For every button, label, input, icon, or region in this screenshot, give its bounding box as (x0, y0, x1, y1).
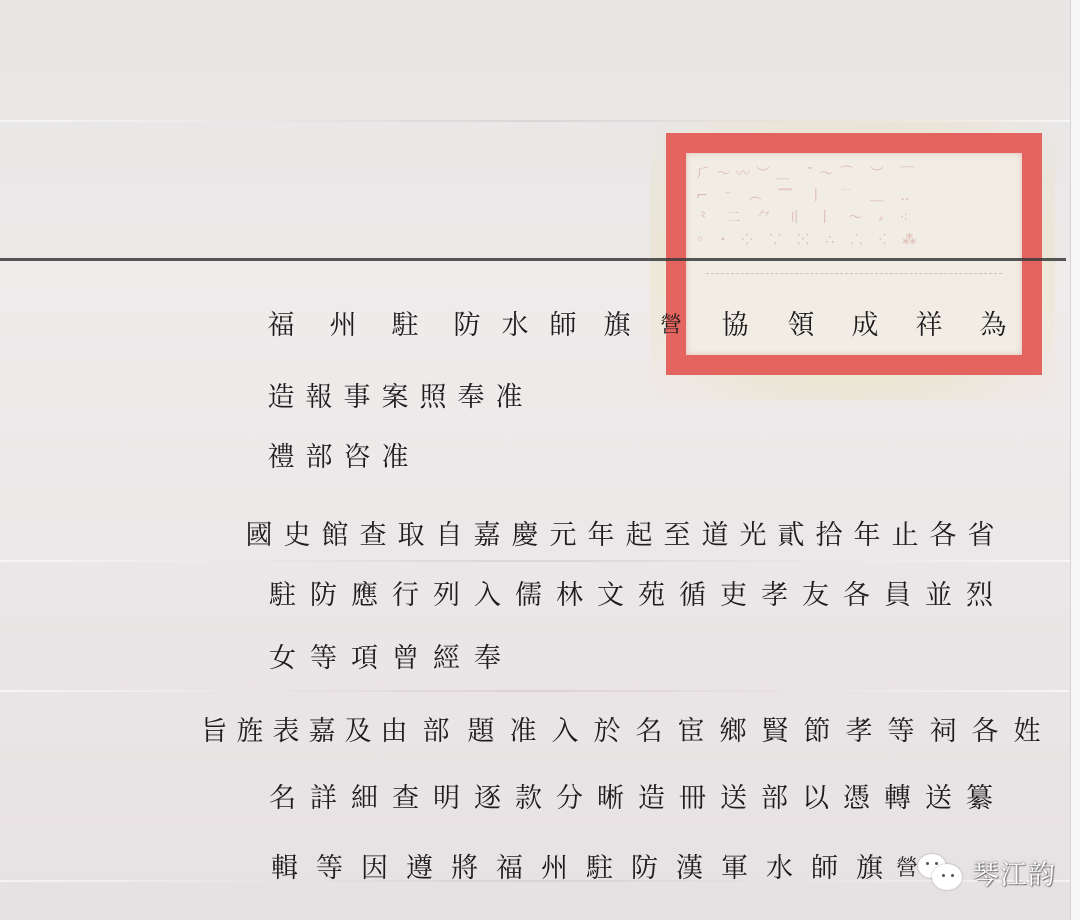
char: 省 (962, 522, 1000, 549)
char: 款 (508, 785, 549, 812)
char: 逐 (467, 785, 508, 812)
char: 分 (549, 785, 590, 812)
char: 題 (460, 718, 502, 745)
char: 事 (338, 384, 376, 411)
char: 鄉 (712, 718, 754, 745)
text-row-1: 福 州 駐 防 水 師 旗 營 協 領 成 祥 為 (262, 312, 1012, 339)
char: 成 (846, 312, 884, 339)
char: 防 (303, 582, 344, 609)
char: 轉 (877, 785, 918, 812)
char: 州 (324, 312, 362, 339)
char: 福 (262, 312, 300, 339)
char: 照 (414, 384, 452, 411)
char: 名 (628, 718, 670, 745)
char: 水 (496, 312, 534, 339)
char: 表 (268, 718, 304, 745)
char: 送 (713, 785, 754, 812)
char: 列 (426, 582, 467, 609)
char: 林 (549, 582, 590, 609)
char: 至 (658, 522, 696, 549)
char: 師 (544, 312, 582, 339)
char: 水 (757, 855, 802, 882)
char: 嘉 (304, 718, 340, 745)
char: 軍 (712, 855, 757, 882)
char: 領 (782, 312, 820, 339)
char: 各 (836, 582, 877, 609)
char: 憑 (836, 785, 877, 812)
text-row-5: 駐 防 應 行 列 入 儒 林 文 苑 循 吏 孝 友 各 員 並 烈 (262, 582, 1000, 609)
text-row-9: 輯 等 因 遵 將 福 州 駐 防 漢 軍 水 師 旗 營 (262, 855, 922, 882)
char: 史 (278, 522, 316, 549)
char: 纂 (959, 785, 1000, 812)
char: 部 (754, 785, 795, 812)
char: 輯 (262, 855, 307, 882)
char: 取 (392, 522, 430, 549)
char: 等 (307, 855, 352, 882)
char: 元 (544, 522, 582, 549)
char: 宦 (670, 718, 712, 745)
char: 駐 (262, 582, 303, 609)
char: 應 (344, 582, 385, 609)
char: 嘉 (468, 522, 506, 549)
char: 名 (262, 785, 303, 812)
char: 部 (412, 718, 460, 745)
text-row-3: 禮 部 咨 准 (262, 444, 414, 471)
char: 咨 (338, 444, 376, 471)
char: 奉 (467, 645, 508, 672)
char: 儒 (508, 582, 549, 609)
char: 禮 (262, 444, 300, 471)
char: 准 (490, 384, 528, 411)
char: 館 (316, 522, 354, 549)
char: 協 (716, 312, 754, 339)
text-row-7: 旨 旌 表 嘉 及 由 部 題 准 入 於 名 宦 鄉 賢 節 孝 等 祠 各 … (196, 718, 1048, 745)
char: 細 (344, 785, 385, 812)
char: 晰 (590, 785, 631, 812)
char: 各 (924, 522, 962, 549)
char: 准 (376, 444, 414, 471)
char: 報 (300, 384, 338, 411)
char: 等 (303, 645, 344, 672)
char: 及 (340, 718, 376, 745)
char: 並 (918, 582, 959, 609)
watermark: 琴江韵 (918, 852, 1056, 892)
char: 為 (974, 312, 1012, 339)
char: 慶 (506, 522, 544, 549)
char: 孝 (754, 582, 795, 609)
char: 旗 (847, 855, 892, 882)
char: 女 (262, 645, 303, 672)
watermark-text: 琴江韵 (972, 853, 1056, 892)
char: 曾 (385, 645, 426, 672)
char: 造 (631, 785, 672, 812)
char: 國 (240, 522, 278, 549)
char: 駐 (386, 312, 424, 339)
char: 吏 (713, 582, 754, 609)
char: 年 (848, 522, 886, 549)
char: 詳 (303, 785, 344, 812)
char: 造 (262, 384, 300, 411)
char: 項 (344, 645, 385, 672)
char: 營 (652, 315, 690, 337)
char: 拾 (810, 522, 848, 549)
char: 因 (352, 855, 397, 882)
char: 州 (532, 855, 577, 882)
scan-margin (1070, 0, 1080, 920)
char: 送 (918, 785, 959, 812)
char: 部 (300, 444, 338, 471)
char: 行 (385, 582, 426, 609)
char: 明 (426, 785, 467, 812)
char: 旌 (232, 718, 268, 745)
char: 員 (877, 582, 918, 609)
char: 節 (796, 718, 838, 745)
char: 准 (502, 718, 544, 745)
text-row-8: 名 詳 細 查 明 逐 款 分 晰 造 冊 送 部 以 憑 轉 送 纂 (262, 785, 1000, 812)
char: 防 (448, 312, 486, 339)
char: 苑 (631, 582, 672, 609)
char: 賢 (754, 718, 796, 745)
char: 光 (734, 522, 772, 549)
char: 循 (672, 582, 713, 609)
char: 入 (544, 718, 586, 745)
paper-crease (0, 690, 1070, 692)
char: 烈 (959, 582, 1000, 609)
char: 姓 (1006, 718, 1048, 745)
char: 入 (467, 582, 508, 609)
fold-line (0, 258, 1066, 261)
char: 冊 (672, 785, 713, 812)
char: 自 (430, 522, 468, 549)
char: 貳 (772, 522, 810, 549)
char: 文 (590, 582, 631, 609)
char: 孝 (838, 718, 880, 745)
char: 遵 (397, 855, 442, 882)
char: 駐 (577, 855, 622, 882)
char: 旨 (196, 718, 232, 745)
wechat-icon (918, 852, 968, 892)
char: 查 (354, 522, 392, 549)
char: 祥 (910, 312, 948, 339)
char: 於 (586, 718, 628, 745)
char: 案 (376, 384, 414, 411)
char: 旗 (598, 312, 636, 339)
char: 止 (886, 522, 924, 549)
paper-crease (0, 560, 1070, 562)
char: 福 (487, 855, 532, 882)
text-row-4: 國 史 館 查 取 自 嘉 慶 元 年 起 至 道 光 貳 拾 年 止 各 省 (240, 522, 1000, 549)
char: 年 (582, 522, 620, 549)
char: 等 (880, 718, 922, 745)
char: 奉 (452, 384, 490, 411)
char: 各 (964, 718, 1006, 745)
char: 友 (795, 582, 836, 609)
char: 防 (622, 855, 667, 882)
char: 師 (802, 855, 847, 882)
char: 經 (426, 645, 467, 672)
char: 道 (696, 522, 734, 549)
char: 起 (620, 522, 658, 549)
char: 漢 (667, 855, 712, 882)
char: 查 (385, 785, 426, 812)
char: 以 (795, 785, 836, 812)
text-row-2: 造 報 事 案 照 奉 准 (262, 384, 528, 411)
char: 將 (442, 855, 487, 882)
char: 由 (376, 718, 412, 745)
text-row-6: 女 等 項 曾 經 奉 (262, 645, 508, 672)
char: 祠 (922, 718, 964, 745)
